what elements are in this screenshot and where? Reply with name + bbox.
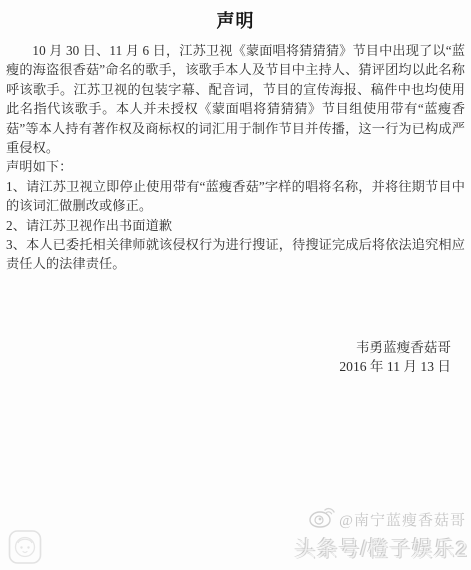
toutiao-watermark-text: 头条号/橙子娱乐2 [294, 533, 468, 563]
baby-face-logo-icon [8, 529, 42, 570]
weibo-handle-text: @南宁蓝瘦香菇哥 [339, 509, 466, 530]
statement-intro-paragraph: 10 月 30 日、11 月 6 日，江苏卫视《蒙面唱将猜猜猜》节目中出现了以“… [6, 41, 465, 157]
signature-date: 2016 年 11 月 13 日 [6, 357, 451, 376]
signature-name: 韦勇蓝瘦香菇哥 [6, 338, 451, 357]
weibo-logo-icon [308, 505, 336, 534]
statement-document-page: 声明 10 月 30 日、11 月 6 日，江苏卫视《蒙面唱将猜猜猜》节目中出现… [0, 0, 471, 570]
statement-lead-in: 声明如下： [6, 157, 465, 176]
weibo-watermark: @南宁蓝瘦香菇哥 [308, 505, 466, 534]
statement-body: 声明 10 月 30 日、11 月 6 日，江苏卫视《蒙面唱将猜猜猜》节目中出现… [0, 7, 471, 376]
statement-item-2: 2、请江苏卫视作出书面道歉 [6, 216, 465, 235]
page-title: 声明 [6, 7, 465, 33]
statement-item-3: 3、本人已委托相关律师就该侵权行为进行搜证，待搜证完成后将依法追究相应责任人的法… [6, 235, 465, 274]
statement-item-1: 1、请江苏卫视立即停止使用带有“蓝瘦香菇”字样的唱将名称，并将往期节目中的该词汇… [6, 177, 465, 216]
signature-block: 韦勇蓝瘦香菇哥 2016 年 11 月 13 日 [6, 338, 465, 376]
